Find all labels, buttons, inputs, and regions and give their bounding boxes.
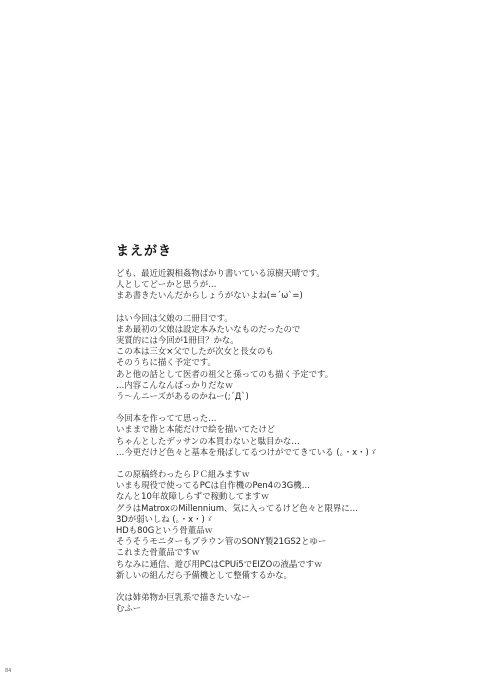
- text-line: なんと10年故障しらずで稼動してますｗ: [116, 491, 436, 502]
- paragraph-reflection: 今回本を作ってて思った… いままで勘と本能だけで絵を描いてたけど ちゃんとしたデ…: [116, 413, 436, 458]
- paragraph-closing: 次は姉弟物か巨乳系で描きたいなー むふー: [116, 592, 436, 614]
- text-line: これまた骨董品ですｗ: [116, 547, 436, 558]
- text-line: そのうちに描く予定です。: [116, 357, 436, 368]
- afterword-section: まえがき ども、最近近親相姦物ばかり書いている涼樹天晴です。 人としてどーかと思…: [116, 244, 436, 625]
- text-line: まあ最初の父娘は設定本みたいなものだったので: [116, 324, 436, 335]
- text-line: あと他の話として医者の祖父と孫ってのも描く予定です。: [116, 369, 436, 380]
- text-line: …今更だけど色々と基本を飛ばしてるつけがでてきている (。・x・)ゞ: [116, 447, 436, 458]
- text-line: むふー: [116, 603, 436, 614]
- paragraph-pc: この原稿終わったらＰＣ組みますｗ いまも現役で使ってるPCは自作機のPen4の3…: [116, 469, 436, 581]
- text-line: この原稿終わったらＰＣ組みますｗ: [116, 469, 436, 480]
- text-line: この本は三女×父でしたが次女と長女のも: [116, 346, 436, 357]
- text-line: ちなみに通信、遊び用PCはCPUi5でEIZOの液晶ですｗ: [116, 559, 436, 570]
- document-page: まえがき ども、最近近親相姦物ばかり書いている涼樹天晴です。 人としてどーかと思…: [0, 0, 480, 685]
- text-line: う～んニーズがあるのかねー(;´Д`): [116, 391, 436, 402]
- text-line: いままで勘と本能だけで絵を描いてたけど: [116, 424, 436, 435]
- text-line: はい今回は父娘の二冊目です。: [116, 313, 436, 324]
- text-line: 今回本を作ってて思った…: [116, 413, 436, 424]
- text-line: まあ書きたいんだからしょうがないよね(=´ω`=): [116, 290, 436, 301]
- text-line: 次は姉弟物か巨乳系で描きたいなー: [116, 592, 436, 603]
- page-number: 84: [5, 668, 11, 674]
- text-line: そうそうモニターもブラウン管のSONY製21GS2とゆー: [116, 536, 436, 547]
- text-line: ども、最近近親相姦物ばかり書いている涼樹天晴です。: [116, 268, 436, 279]
- text-line: 人としてどーかと思うが…: [116, 279, 436, 290]
- text-line: いまも現役で使ってるPCは自作機のPen4の3G機…: [116, 480, 436, 491]
- text-line: 実質的には今回が1冊目？かな。: [116, 335, 436, 346]
- paragraph-book-info: はい今回は父娘の二冊目です。 まあ最初の父娘は設定本みたいなものだったので 実質…: [116, 313, 436, 403]
- text-line: 3Dが弱いしね (。・x・)ゞ: [116, 514, 436, 525]
- text-line: 新しいの組んだら予備機として整備するかな。: [116, 570, 436, 581]
- text-line: …内容こんなんばっかりだなｗ: [116, 380, 436, 391]
- text-line: グラはMatroxのMillennium、気に入ってるけど色々と限界に…: [116, 503, 436, 514]
- afterword-title: まえがき: [116, 244, 436, 260]
- paragraph-intro: ども、最近近親相姦物ばかり書いている涼樹天晴です。 人としてどーかと思うが… ま…: [116, 268, 436, 302]
- text-line: ちゃんとしたデッサンの本買わないと駄目かな…: [116, 436, 436, 447]
- text-line: HDも80Gという骨董品ｗ: [116, 525, 436, 536]
